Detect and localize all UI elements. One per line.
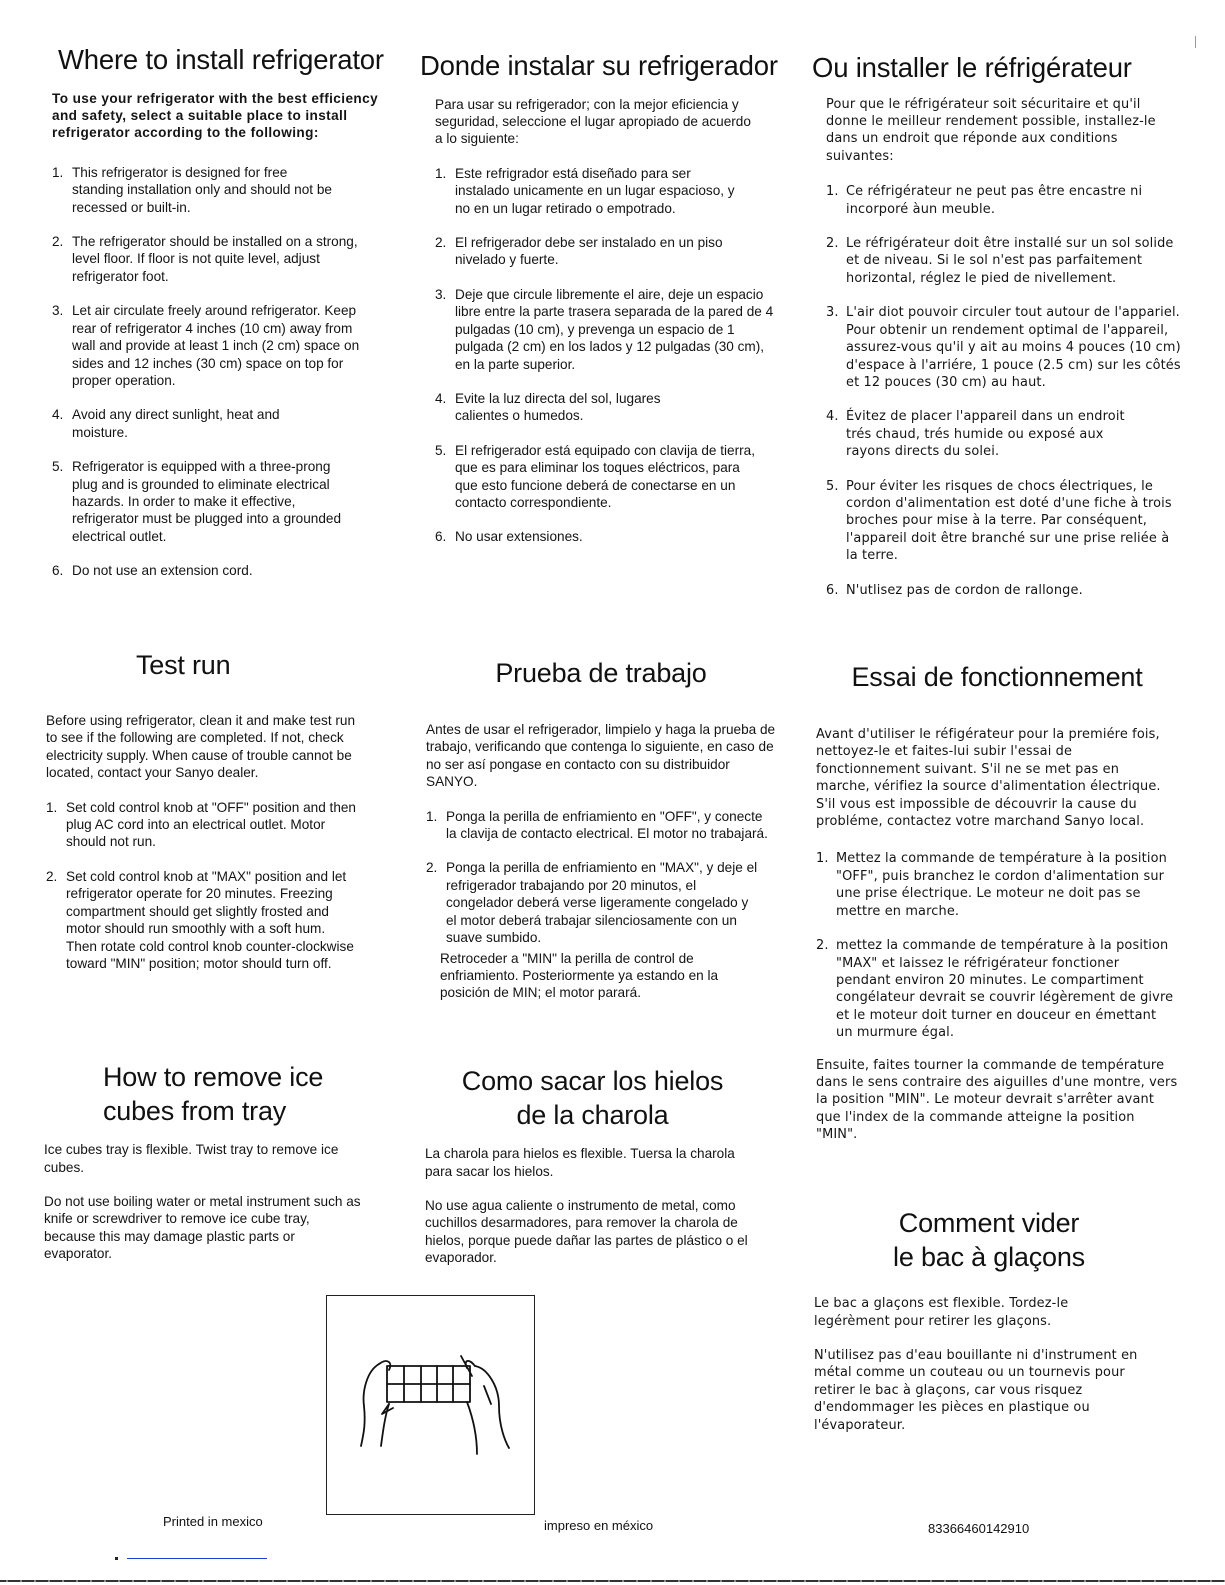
test-run-list-es: 1.Ponga la perilla de enfriamiento en "O… [426, 808, 771, 947]
list-item: 2.Ponga la perilla de enfriamiento en "M… [426, 859, 771, 946]
footer-part-number: 83366460142910 [928, 1521, 1029, 1536]
footer-printed-en: Printed in mexico [163, 1514, 263, 1529]
install-intro-es: Para usar su refrigerador; con la mejor … [435, 96, 755, 148]
list-item: 4.Avoid any direct sunlight, heat and mo… [52, 406, 372, 441]
french-column: Ou installer le réfrigérateur Pour que l… [812, 52, 1177, 616]
ice-title-en-line1: How to remove ice [103, 1062, 374, 1093]
list-item: 6.N'utlisez pas de cordon de rallonge. [826, 582, 1182, 599]
list-item: 1.This refrigerator is designed for free… [52, 164, 372, 216]
ice-para2-es: No use agua caliente o instrumento de me… [425, 1197, 765, 1267]
install-list-en: 1.This refrigerator is designed for free… [52, 164, 372, 580]
ice-section-en: How to remove ice cubes from tray Ice cu… [44, 1062, 374, 1263]
ice-title-fr-line2: le bac à glaçons [804, 1242, 1174, 1273]
test-run-tail-es: Retroceder a "MIN" la perilla de control… [440, 950, 760, 1002]
ice-tray-figure [326, 1295, 535, 1515]
test-run-list-fr: 1.Mettez la commande de température à la… [816, 850, 1174, 1041]
list-item: 4.Evite la luz directa del sol, lugares … [435, 390, 775, 425]
list-item: 5.El refrigerador está equipado con clav… [435, 442, 775, 512]
list-item: 6.No usar extensiones. [435, 528, 775, 545]
test-run-intro-es: Antes de usar el refrigerador, limpielo … [426, 721, 776, 791]
scan-artifact-right-mark [1195, 36, 1196, 48]
list-item: 2.mettez la commande de température à la… [816, 937, 1174, 1041]
install-list-es: 1.Este refrigrador está diseñado para se… [435, 165, 775, 546]
list-item: 1.Mettez la commande de température à la… [816, 850, 1174, 920]
list-item: 1.Ponga la perilla de enfriamiento en "O… [426, 808, 771, 843]
test-run-tail-fr: Ensuite, faites tourner la commande de t… [816, 1057, 1178, 1144]
ice-para1-es: La charola para hielos es flexible. Tuer… [425, 1145, 755, 1180]
install-title-en: Where to install refrigerator [58, 44, 392, 76]
list-item: 1.Set cold control knob at "OFF" positio… [46, 799, 358, 851]
ice-title-fr-line1: Comment vider [804, 1208, 1174, 1239]
install-intro-en: To use your refrigerator with the best e… [52, 90, 387, 142]
list-item: 6.Do not use an extension cord. [52, 562, 372, 579]
list-item: 1.Este refrigrador está diseñado para se… [435, 165, 775, 217]
ice-title-en-line2: cubes from tray [103, 1096, 374, 1127]
hands-twisting-ice-tray-icon [327, 1296, 534, 1514]
install-title-fr: Ou installer le réfrigérateur [812, 52, 1177, 84]
install-list-fr: 1.Ce réfrigérateur ne peut pas être enca… [826, 183, 1182, 599]
ice-para2-en: Do not use boiling water or metal instru… [44, 1193, 362, 1263]
list-item: 5.Pour éviter les risques de chocs élect… [826, 478, 1182, 565]
ice-section-fr: Comment vider le bac à glaçons Le bac a … [814, 1208, 1174, 1434]
list-item: 3.Let air circulate freely around refrig… [52, 302, 372, 389]
test-run-section-en: Test run Before using refrigerator, clea… [46, 650, 366, 989]
test-run-title-en: Test run [136, 650, 366, 681]
scan-artifact-dot [115, 1557, 118, 1560]
scan-artifact-bottom-edge [0, 1580, 1225, 1582]
test-run-intro-en: Before using refrigerator, clean it and … [46, 712, 358, 782]
list-item: 2.El refrigerador debe ser instalado en … [435, 234, 775, 269]
list-item: 5.Refrigerator is equipped with a three-… [52, 458, 372, 545]
test-run-intro-fr: Avant d'utiliser le réfigérateur pour la… [816, 726, 1164, 830]
test-run-section-es: Prueba de trabajo Antes de usar el refri… [426, 658, 776, 1002]
test-run-title-es: Prueba de trabajo [426, 658, 776, 689]
test-run-list-en: 1.Set cold control knob at "OFF" positio… [46, 799, 358, 973]
ice-title-es-line2: de la charola [415, 1100, 770, 1131]
list-item: 2.The refrigerator should be installed o… [52, 233, 372, 285]
list-item: 2.Le réfrigérateur doit être installé su… [826, 235, 1182, 287]
test-run-section-fr: Essai de fonctionnement Avant d'utiliser… [816, 662, 1178, 1144]
ice-para1-fr: Le bac a glaçons est flexible. Tordez-le… [814, 1295, 1114, 1330]
list-item: 3.L'air diot pouvoir circuler tout autou… [826, 304, 1182, 391]
scan-artifact-blue-line [127, 1558, 267, 1559]
ice-section-es: Como sacar los hielos de la charola La c… [425, 1066, 770, 1267]
install-intro-fr: Pour que le réfrigérateur soit sécuritai… [826, 96, 1178, 166]
install-title-es: Donde instalar su refrigerador [420, 50, 780, 82]
english-column: Where to install refrigerator To use you… [52, 44, 392, 597]
list-item: 4.Évitez de placer l'appareil dans un en… [826, 408, 1182, 460]
list-item: 1.Ce réfrigérateur ne peut pas être enca… [826, 183, 1182, 218]
spanish-column: Donde instalar su refrigerador Para usar… [420, 50, 780, 563]
ice-title-es-line1: Como sacar los hielos [415, 1066, 770, 1097]
ice-para1-en: Ice cubes tray is flexible. Twist tray t… [44, 1141, 374, 1176]
list-item: 3.Deje que circule libremente el aire, d… [435, 286, 775, 373]
test-run-title-fr: Essai de fonctionnement [816, 662, 1178, 693]
list-item: 2.Set cold control knob at "MAX" positio… [46, 868, 358, 972]
ice-para2-fr: N'utilisez pas d'eau bouillante ni d'ins… [814, 1347, 1159, 1434]
footer-printed-es: impreso en méxico [544, 1518, 653, 1533]
